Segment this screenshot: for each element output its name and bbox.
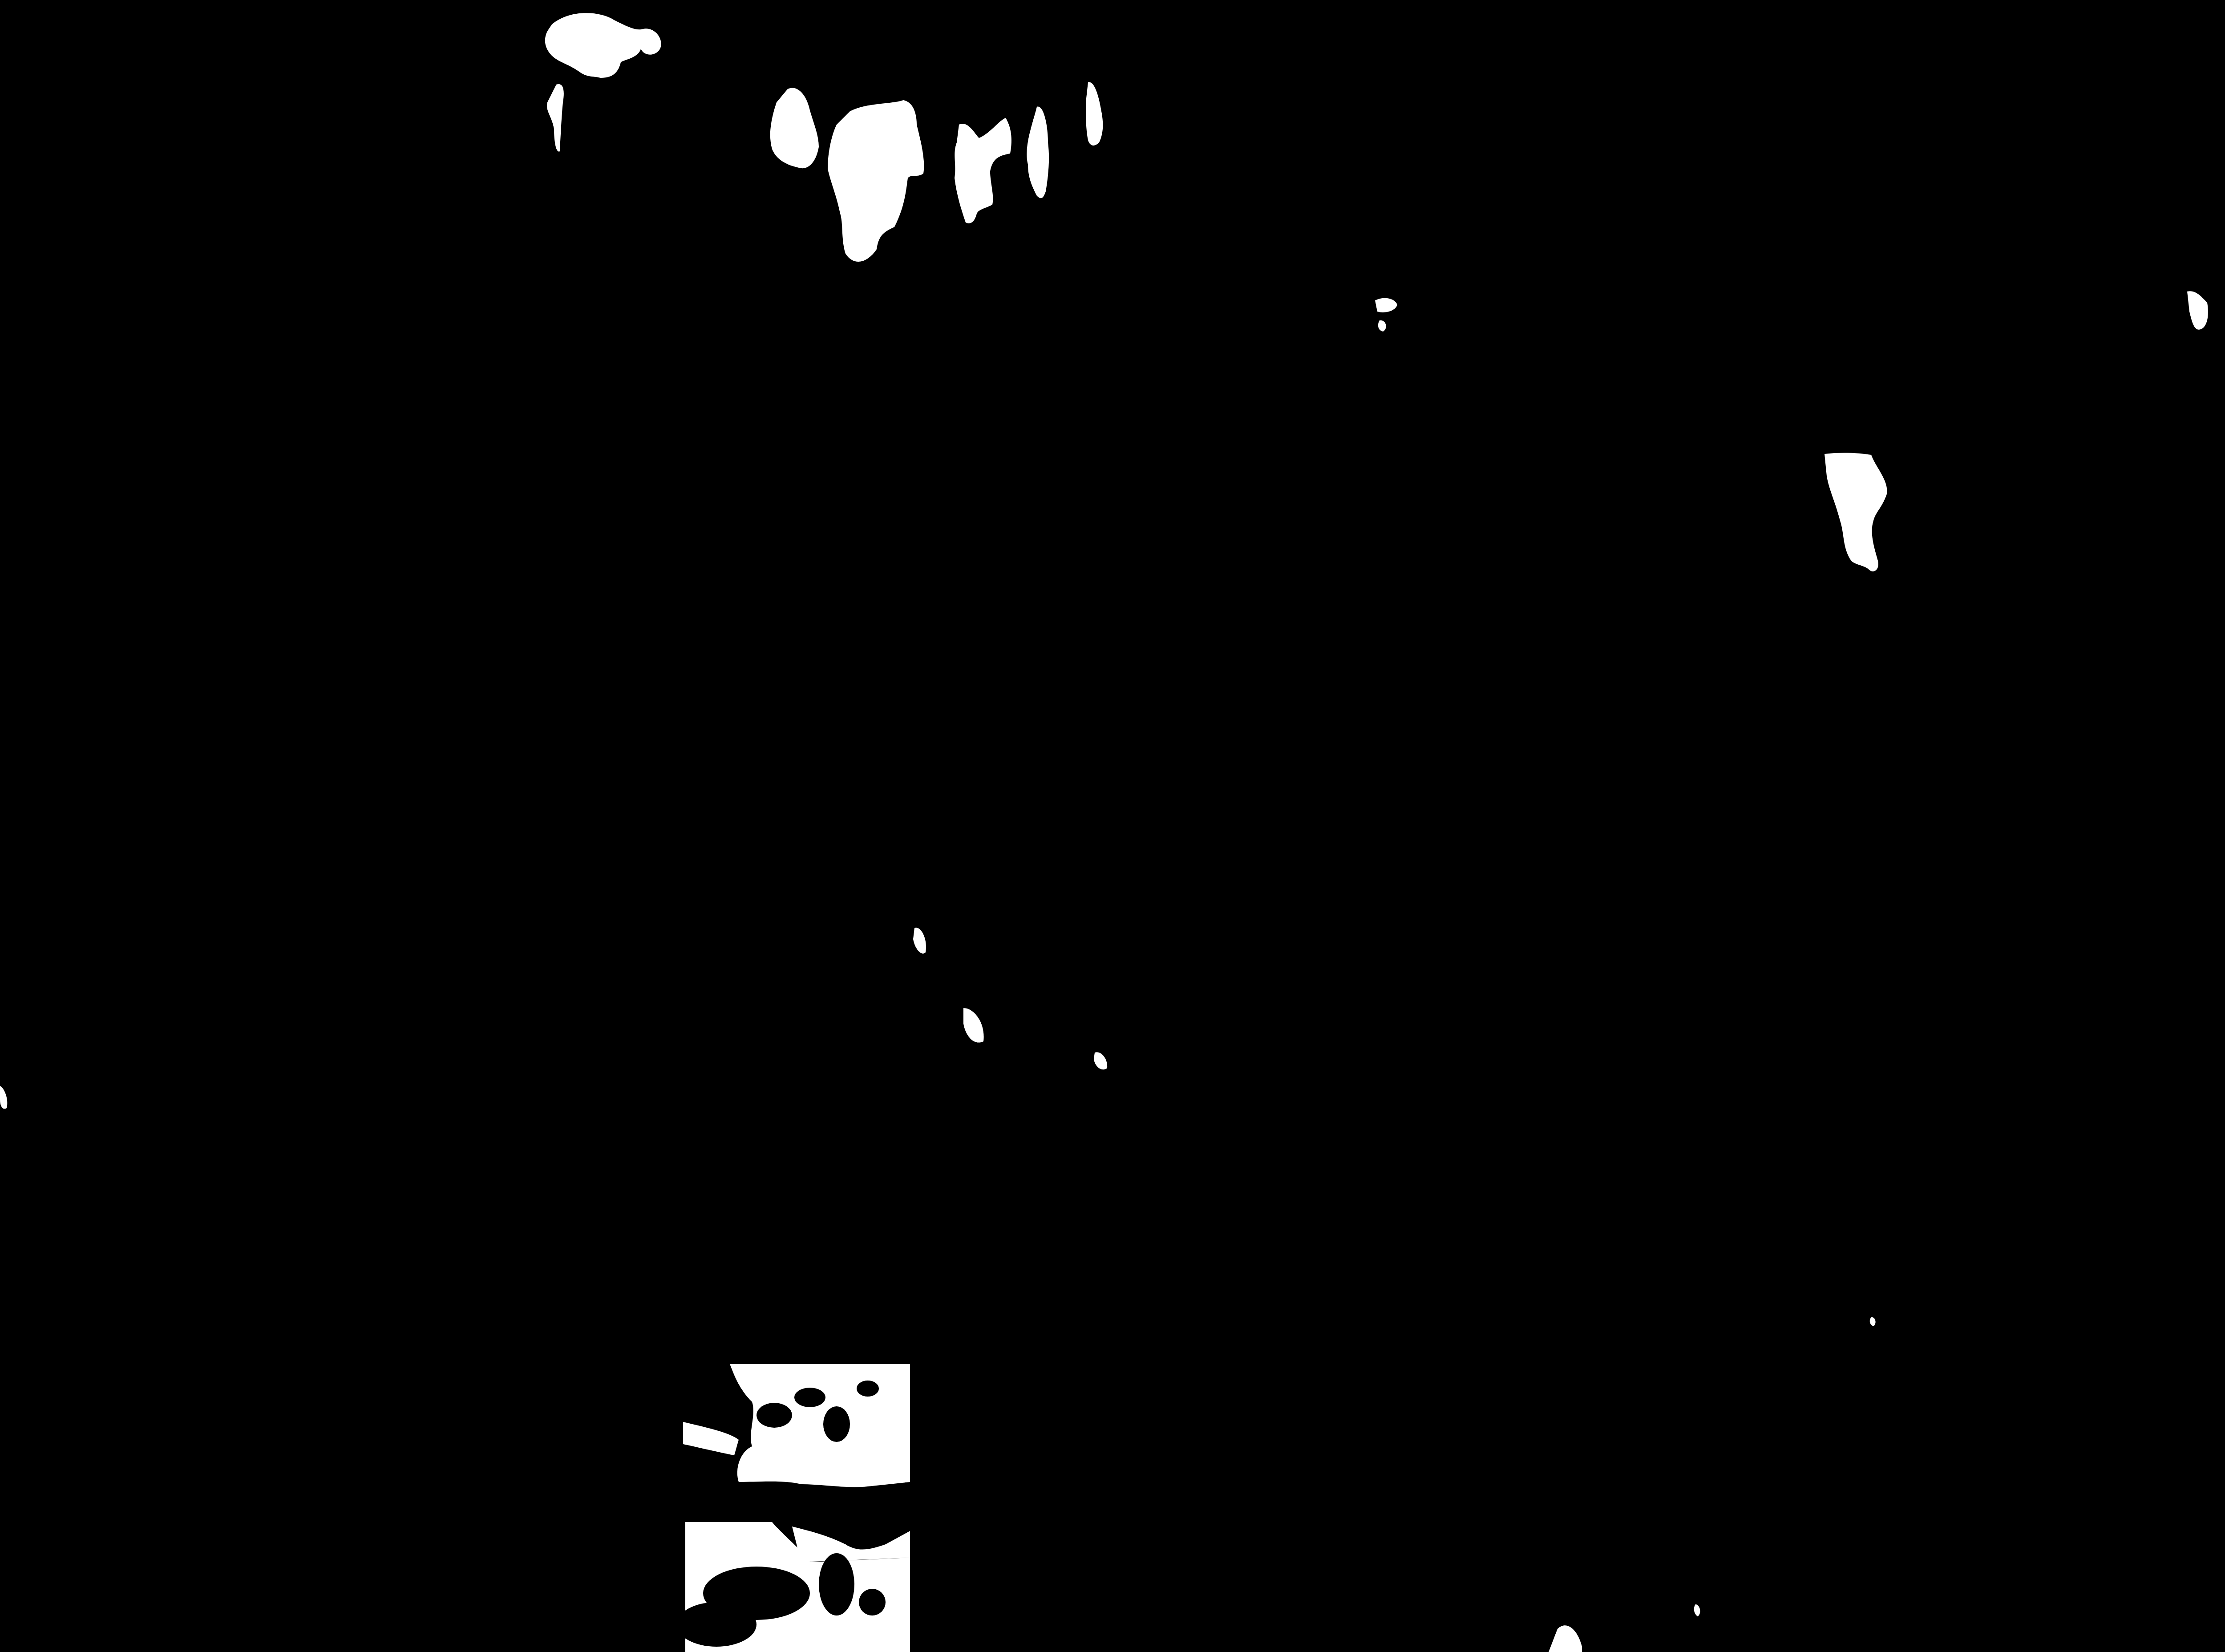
mask-canvas xyxy=(0,0,2225,1652)
mask-hole xyxy=(859,1589,886,1616)
mask-hole xyxy=(823,1406,850,1442)
mask-image xyxy=(0,0,2225,1652)
mask-hole xyxy=(676,1602,756,1647)
mask-background xyxy=(0,0,2225,1652)
mask-region xyxy=(730,1364,910,1487)
mask-hole xyxy=(819,1553,854,1616)
mask-hole xyxy=(794,1388,825,1407)
mask-hole xyxy=(857,1381,879,1397)
mask-hole xyxy=(756,1403,792,1428)
